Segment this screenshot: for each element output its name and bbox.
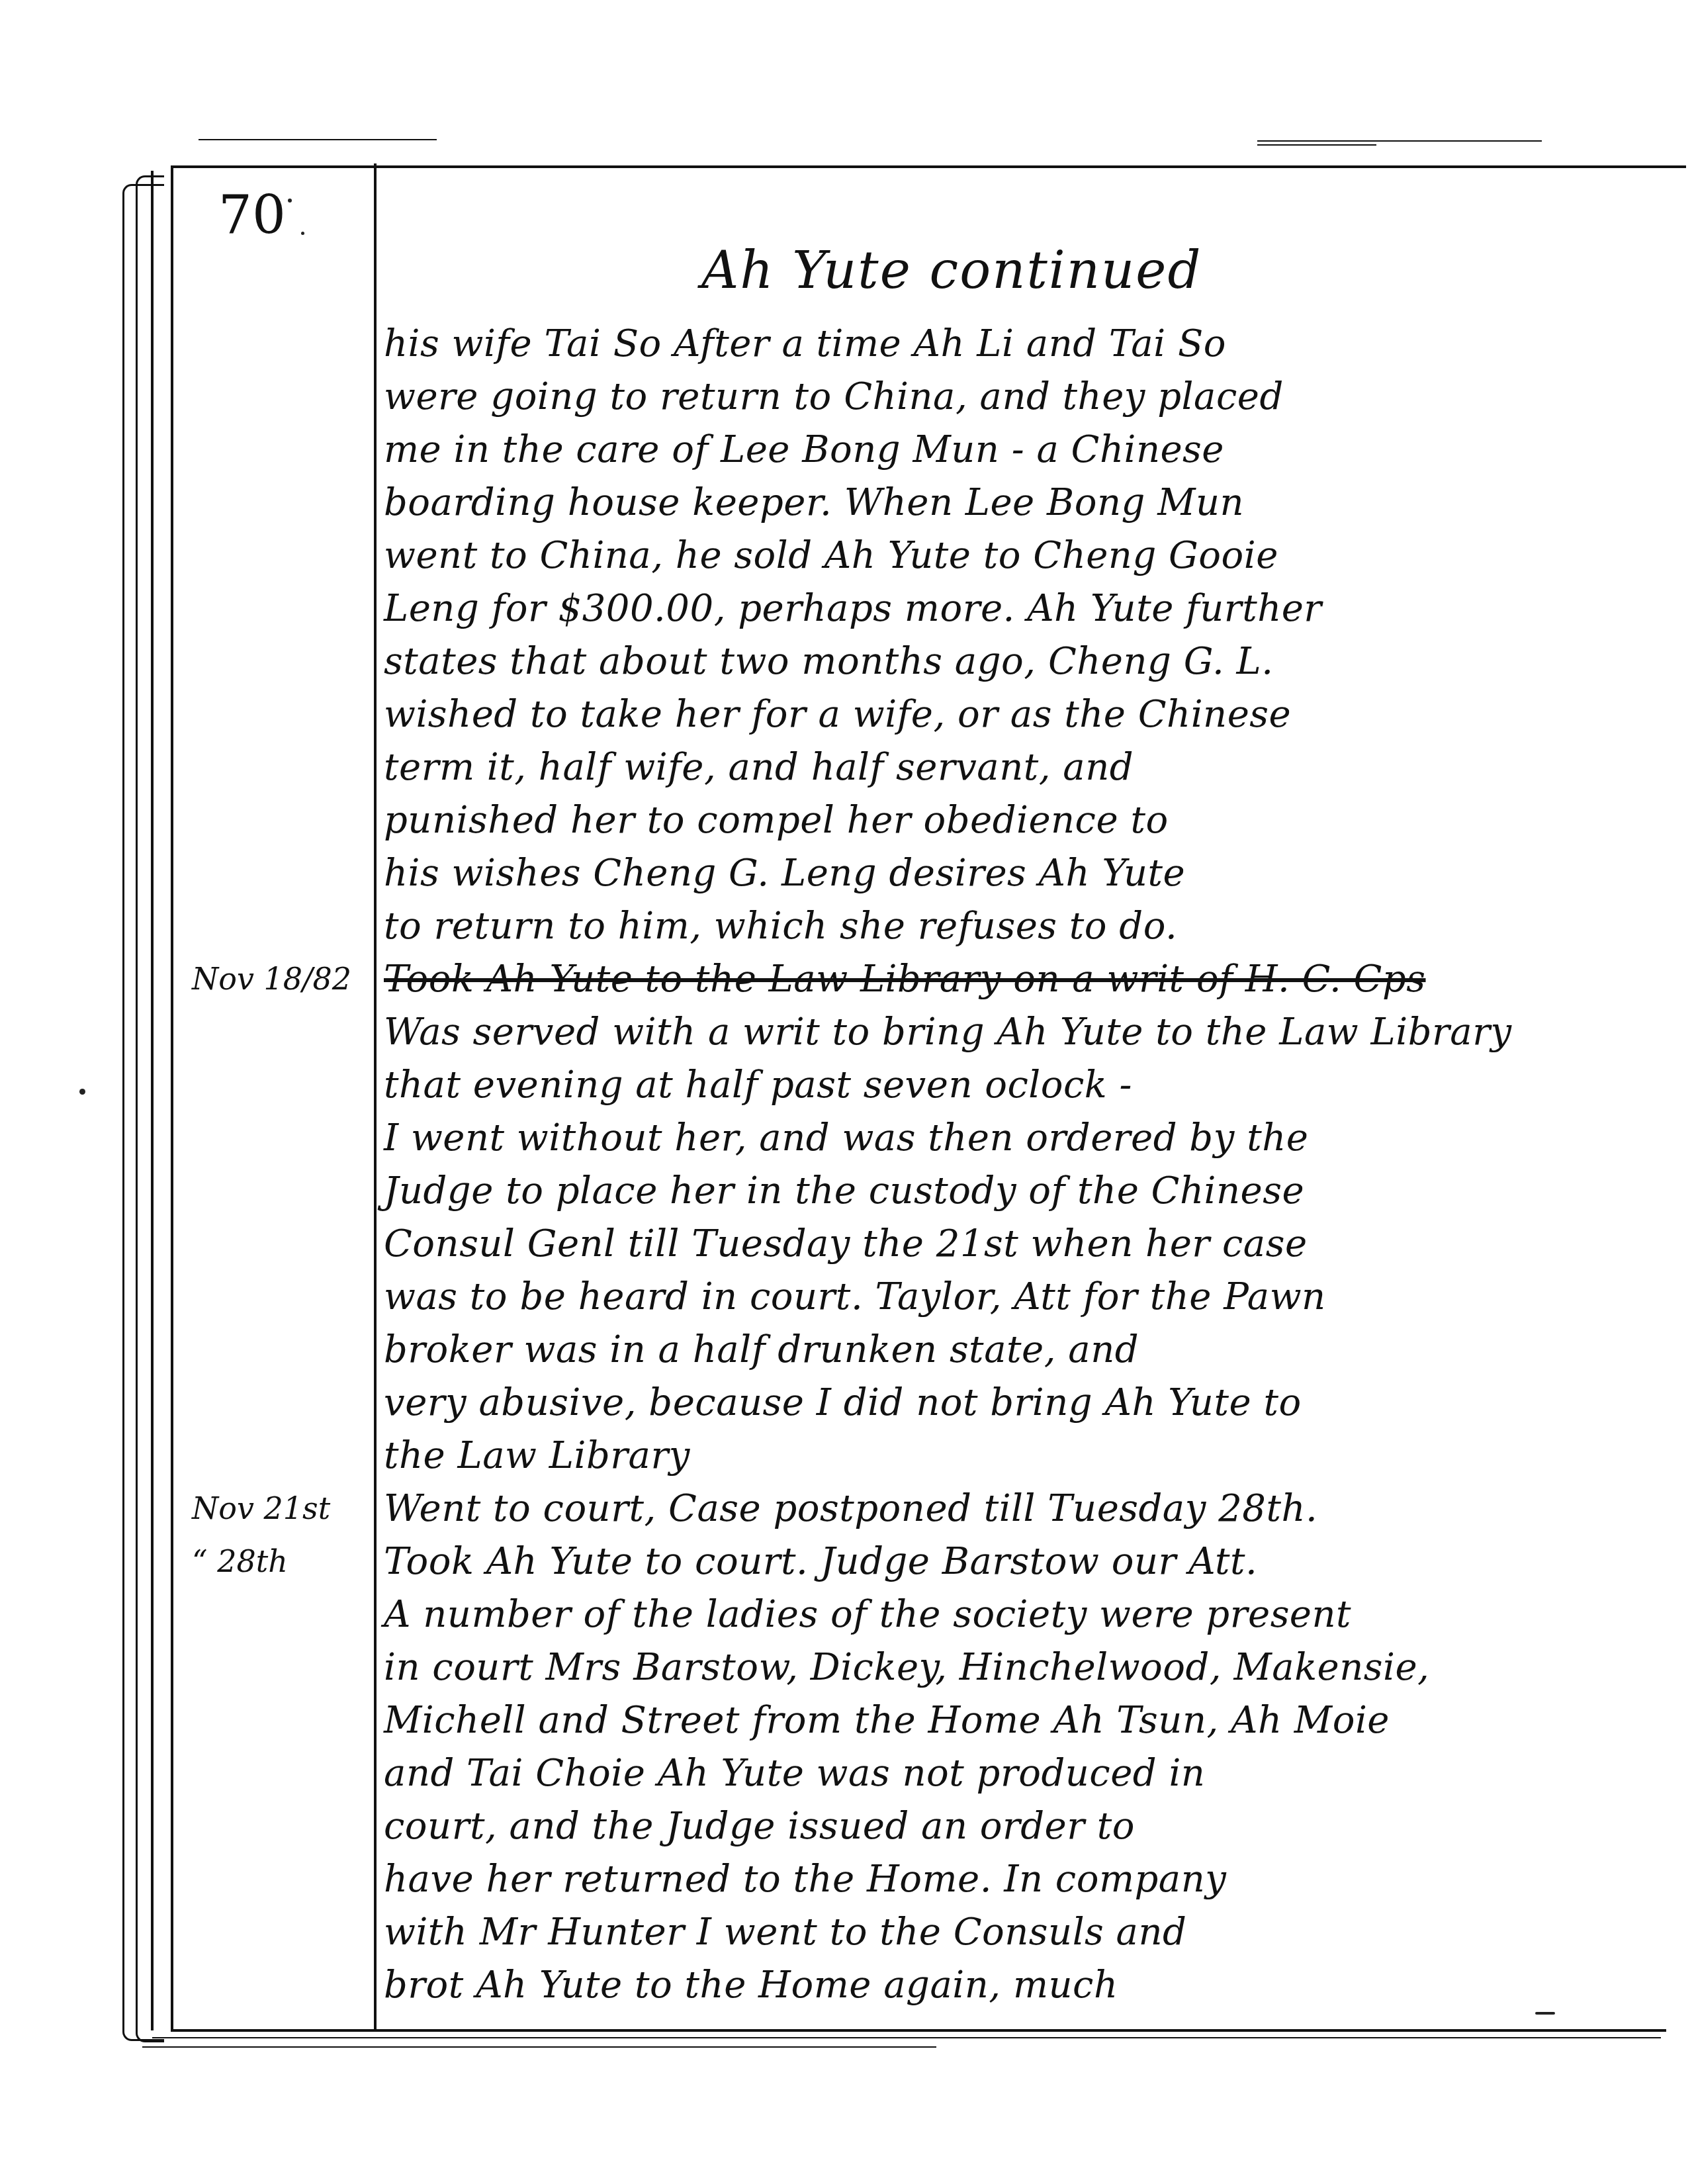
text-line: went to China, he sold Ah Yute to Cheng … [384, 529, 1628, 582]
margin-rule [374, 163, 377, 2030]
text-line: broker was in a half drunken state, and [384, 1324, 1628, 1377]
frame-left-border [171, 165, 173, 2030]
text-line: court, and the Judge issued an order to [384, 1800, 1628, 1853]
frame-top-border [171, 165, 1686, 168]
top-right-rule [1257, 140, 1542, 142]
frame-bottom-border-2 [152, 2037, 1661, 2038]
scan-speck [79, 1089, 85, 1095]
text-line: with Mr Hunter I went to the Consuls and [384, 1906, 1628, 1959]
text-line: Took Ah Yute to court. Judge Barstow our… [384, 1535, 1628, 1588]
struck-through-line: Took Ah Yute to the Law Library on a wri… [384, 953, 1628, 1006]
text-line: Leng for $300.00, perhaps more. Ah Yute … [384, 582, 1628, 635]
text-line: A number of the ladies of the society we… [384, 1588, 1628, 1641]
scan-speck [1535, 2012, 1555, 2015]
text-line: Consul Genl till Tuesday the 21st when h… [384, 1218, 1628, 1271]
text-line: that evening at half past seven oclock - [384, 1059, 1628, 1112]
ledger-page: 70 Ah Yute continued Nov 18/82Nov 21st“ … [0, 0, 1694, 2184]
text-line: wished to take her for a wife, or as the… [384, 688, 1628, 741]
scan-speck [288, 199, 292, 203]
text-line: term it, half wife, and half servant, an… [384, 741, 1628, 794]
text-line: was to be heard in court. Taylor, Att fo… [384, 1271, 1628, 1324]
text-line: very abusive, because I did not bring Ah… [384, 1377, 1628, 1430]
text-line: have her returned to the Home. In compan… [384, 1853, 1628, 1906]
text-line: to return to him, which she refuses to d… [384, 900, 1628, 953]
frame-bottom-border [171, 2029, 1666, 2032]
text-line: Was served with a writ to bring Ah Yute … [384, 1006, 1628, 1059]
text-line: states that about two months ago, Cheng … [384, 635, 1628, 688]
text-line: me in the care of Lee Bong Mun - a Chine… [384, 424, 1628, 477]
page-number: 70 [218, 189, 286, 242]
text-line: punished her to compel her obedience to [384, 794, 1628, 847]
margin-date-note: Nov 21st [192, 1493, 364, 1524]
text-line: the Law Library [384, 1430, 1628, 1482]
text-line: were going to return to China, and they … [384, 371, 1628, 424]
page-edge-inner [136, 175, 164, 2042]
text-line: Michell and Street from the Home Ah Tsun… [384, 1694, 1628, 1747]
text-line: Went to court, Case postponed till Tuesd… [384, 1482, 1628, 1535]
margin-date-note: “ 28th [192, 1546, 364, 1576]
text-line: his wishes Cheng G. Leng desires Ah Yute [384, 847, 1628, 900]
text-line: I went without her, and was then ordered… [384, 1112, 1628, 1165]
scan-speck [301, 232, 304, 235]
text-line: his wife Tai So After a time Ah Li and T… [384, 318, 1628, 371]
frame-bottom-border-3 [142, 2046, 936, 2048]
text-line: Judge to place her in the custody of the… [384, 1165, 1628, 1218]
handwritten-body: his wife Tai So After a time Ah Li and T… [384, 318, 1628, 2012]
top-stray-rule [199, 139, 437, 140]
text-line: brot Ah Yute to the Home again, much [384, 1959, 1628, 2012]
text-line: and Tai Choie Ah Yute was not produced i… [384, 1747, 1628, 1800]
top-right-rule-2 [1257, 144, 1376, 146]
text-line: in court Mrs Barstow, Dickey, Hinchelwoo… [384, 1641, 1628, 1694]
page-edge-line [151, 171, 154, 2030]
text-line: boarding house keeper. When Lee Bong Mun [384, 477, 1628, 529]
entry-title: Ah Yute continued [701, 245, 1202, 296]
margin-date-note: Nov 18/82 [192, 964, 364, 994]
